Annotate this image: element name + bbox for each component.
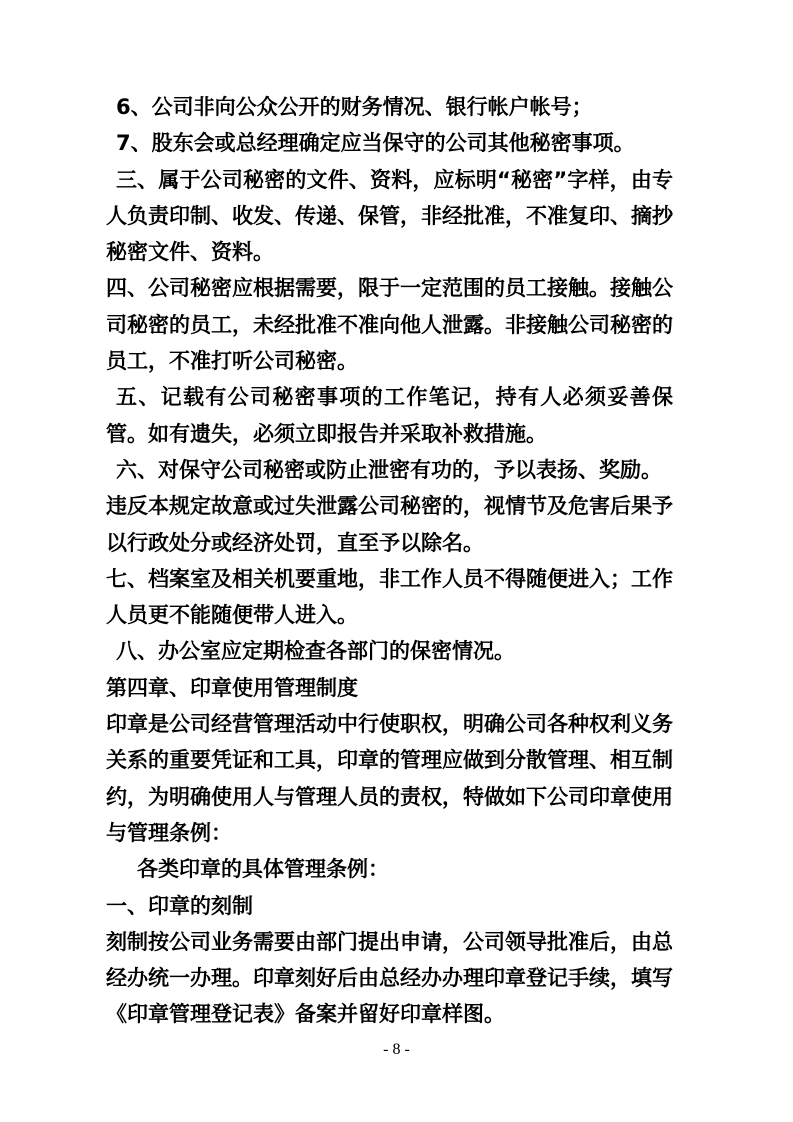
clause-4: 四、公司秘密应根据需要，限于一定范围的员工接触。接触公司秘密的员工，未经批准不准… <box>106 270 673 379</box>
penalty-clause: 违反本规定故意或过失泄露公司秘密的，视情节及危害后果予以行政处分或经济处罚，直至… <box>106 488 673 561</box>
clause-7: 七、档案室及相关机要重地，非工作人员不得随便进入；工作人员更不能随便带人进入。 <box>106 561 673 634</box>
section-1-body: 刻制按公司业务需要由部门提出申请，公司领导批准后，由总经办统一办理。印章刻好后由… <box>106 924 673 1033</box>
page-number: - 8 - <box>0 1041 793 1059</box>
clause-3: 三、属于公司秘密的文件、资料，应标明“秘密”字样，由专人负责印制、收发、传递、保… <box>106 162 673 271</box>
secret-item-7: 7、股东会或总经理确定应当保守的公司其他秘密事项。 <box>106 125 673 161</box>
document-body: 6、公司非向公众公开的财务情况、银行帐户帐号；7、股东会或总经理确定应当保守的公… <box>106 89 673 1033</box>
chapter-4-intro: 印章是公司经营管理活动中行使职权，明确公司各种权利义务关系的重要凭证和工具，印章… <box>106 706 673 851</box>
section-1-heading: 一、印章的刻制 <box>106 888 673 924</box>
clause-8: 八、办公室应定期检查各部门的保密情况。 <box>106 633 673 669</box>
secret-item-6: 6、公司非向公众公开的财务情况、银行帐户帐号； <box>106 89 673 125</box>
seal-rules-lead: 各类印章的具体管理条例： <box>106 851 673 887</box>
clause-6: 六、对保守公司秘密或防止泄密有功的，予以表扬、奖励。 <box>106 452 673 488</box>
clause-5: 五、记载有公司秘密事项的工作笔记，持有人必须妥善保管。如有遗失，必须立即报告并采… <box>106 379 673 452</box>
document-page: 6、公司非向公众公开的财务情况、银行帐户帐号；7、股东会或总经理确定应当保守的公… <box>0 0 793 1122</box>
chapter-4-heading: 第四章、印章使用管理制度 <box>106 670 673 706</box>
